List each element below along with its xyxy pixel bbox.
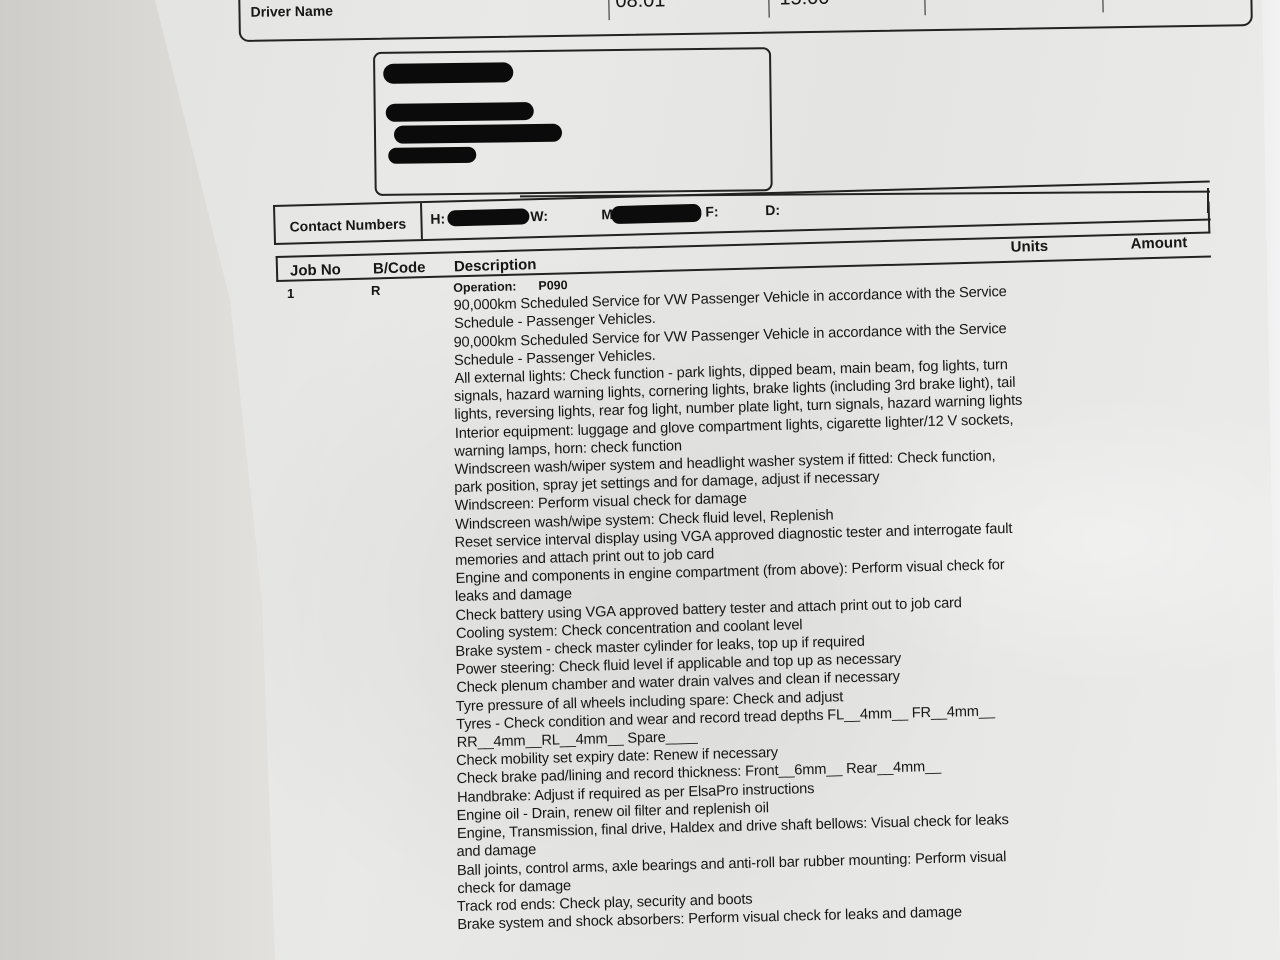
divider: [276, 232, 1211, 258]
redaction-mark: [388, 147, 476, 164]
date-cell: 30/09/2024: [924, 0, 1106, 15]
col-description: Description: [454, 256, 537, 275]
job-bcode: R: [371, 283, 380, 298]
driver-name-label: Driver Name: [250, 3, 333, 20]
contact-work-key: W:: [530, 208, 548, 224]
header-strip: Driver Name 08:01 15:00 30/09/2024: [238, 0, 1253, 42]
contact-fax-key: F:: [705, 203, 719, 219]
time-out-cell: 15:00: [768, 0, 930, 18]
job-description: Operation:P090 90,000km Scheduled Servic…: [453, 263, 1109, 934]
redaction-mark: [394, 124, 562, 144]
operation-code: P090: [538, 278, 568, 293]
redaction-mark: [447, 208, 529, 226]
col-bcode: B/Code: [373, 259, 426, 277]
contact-home-key: H:: [430, 210, 445, 226]
job-number: 1: [287, 286, 294, 301]
date-value: 30/09/2024: [937, 0, 1037, 4]
operation-label: Operation:: [453, 279, 517, 295]
redacted-cell: [1102, 0, 1254, 12]
col-amount: Amount: [1130, 234, 1187, 252]
redaction-mark: [386, 102, 534, 122]
divider: [276, 256, 279, 282]
contact-d-key: D:: [765, 202, 780, 218]
description-lines: 90,000km Scheduled Service for VW Passen…: [453, 281, 1109, 934]
customer-address-box: [373, 47, 773, 196]
time-out-value: 15:00: [779, 0, 829, 10]
redaction-mark: [383, 62, 513, 84]
job-card-content: Driver Name 08:01 15:00 30/09/2024 Conta…: [0, 0, 1280, 960]
time-in-value: 08:01: [615, 0, 665, 13]
time-in-cell: 08:01: [608, 0, 794, 20]
col-job-no: Job No: [290, 261, 341, 279]
col-units: Units: [1010, 238, 1048, 256]
